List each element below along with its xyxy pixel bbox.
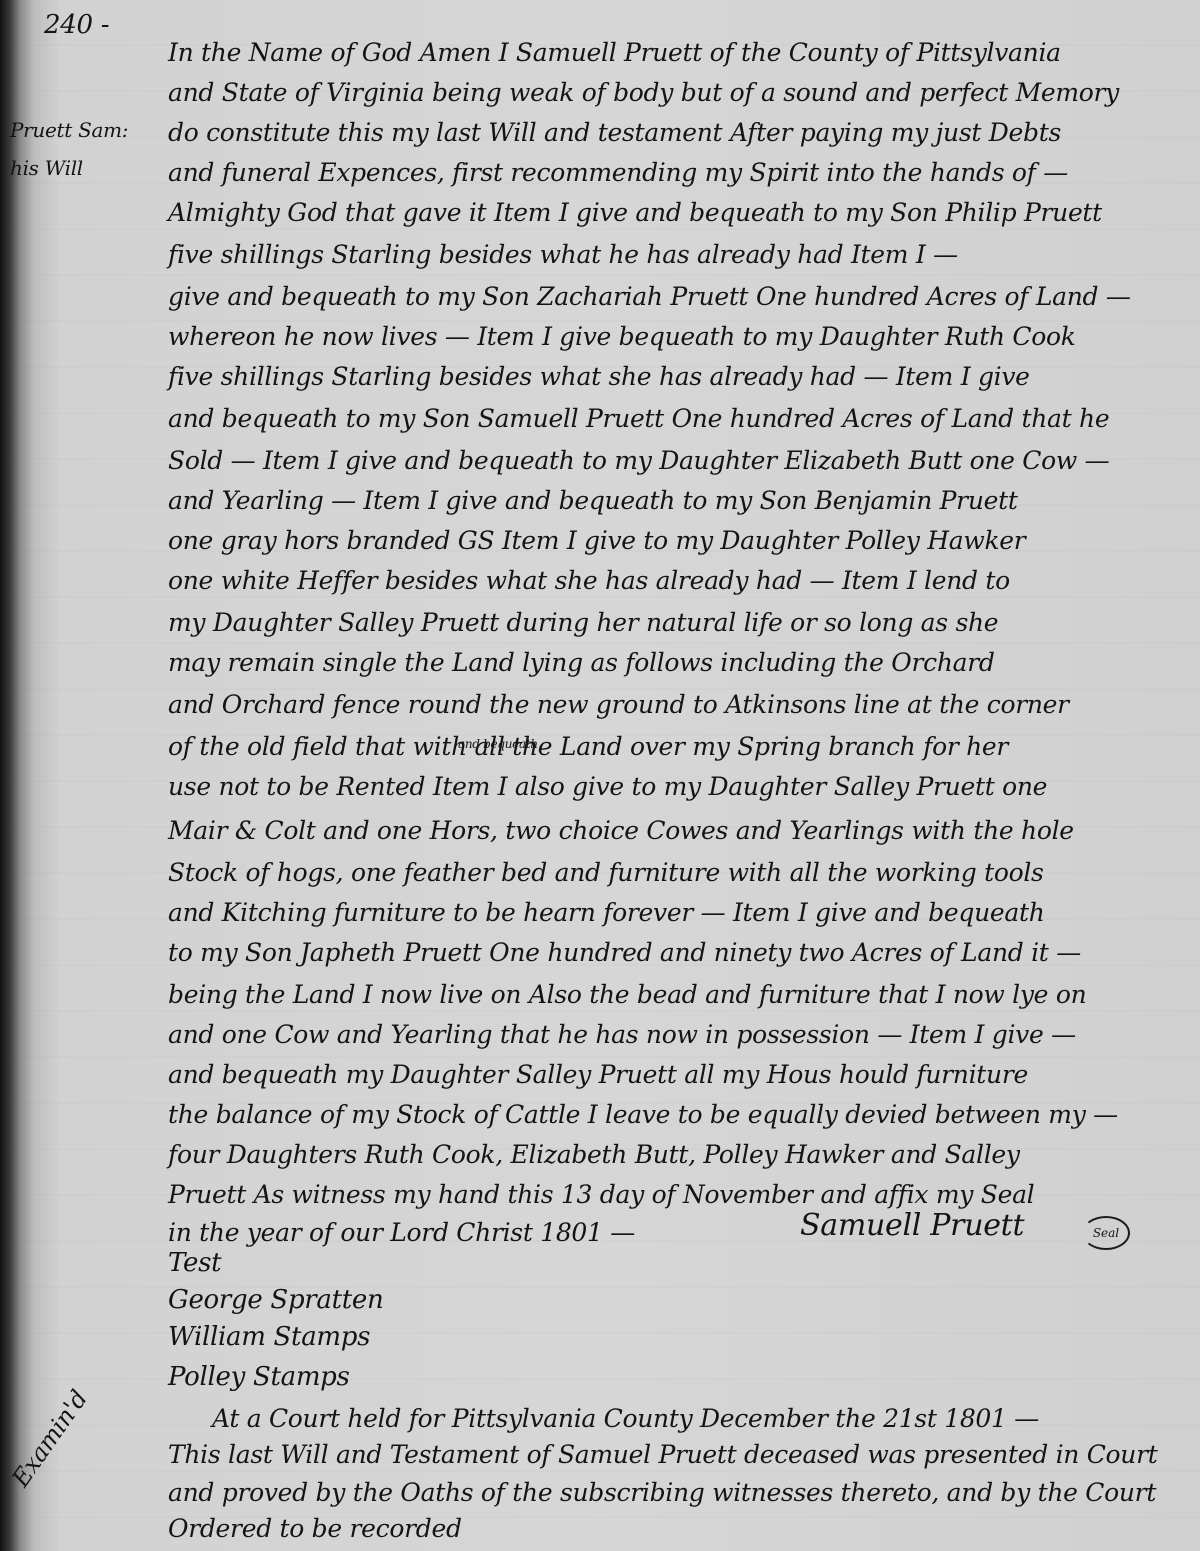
body-line: and funeral Expences, first recommending… — [168, 158, 1068, 187]
body-line: one white Heffer besides what she has al… — [168, 566, 1010, 595]
seal-mark: Seal — [1082, 1216, 1130, 1250]
interlineation: and bequeath — [458, 737, 538, 751]
body-line: my Daughter Salley Pruett during her nat… — [168, 608, 998, 637]
body-line: to my Son Japheth Pruett One hundred and… — [168, 938, 1081, 967]
document-page: 240 - Pruett Sam: his Will In the Name o… — [0, 0, 1200, 1551]
body-line: five shillings Starling besides what he … — [168, 240, 958, 269]
body-line: Stock of hogs, one feather bed and furni… — [168, 858, 1044, 887]
body-line: Almighty God that gave it Item I give an… — [168, 198, 1102, 227]
body-line: give and bequeath to my Son Zachariah Pr… — [168, 282, 1131, 311]
margin-note-will: his Will — [10, 156, 83, 180]
body-line: use not to be Rented Item I also give to… — [168, 772, 1047, 801]
body-line: one gray hors branded GS Item I give to … — [168, 526, 1025, 555]
body-line: may remain single the Land lying as foll… — [168, 648, 995, 677]
body-line: do constitute this my last Will and test… — [168, 118, 1061, 147]
body-line: and bequeath my Daughter Salley Pruett a… — [168, 1060, 1028, 1089]
body-line: and one Cow and Yearling that he has now… — [168, 1020, 1076, 1049]
body-line: and bequeath to my Son Samuell Pruett On… — [168, 404, 1109, 433]
court-line: Ordered to be recorded — [168, 1514, 462, 1543]
body-line: Sold — Item I give and bequeath to my Da… — [168, 446, 1109, 475]
body-line: whereon he now lives — Item I give beque… — [168, 322, 1076, 351]
test-label: Test — [168, 1248, 221, 1278]
court-line: and proved by the Oaths of the subscribi… — [168, 1478, 1156, 1507]
body-line: being the Land I now live on Also the be… — [168, 980, 1086, 1009]
body-line: and State of Virginia being weak of body… — [168, 78, 1119, 107]
body-line: In the Name of God Amen I Samuell Pruett… — [168, 38, 1061, 67]
body-line: in the year of our Lord Christ 1801 — — [168, 1218, 635, 1247]
witness-name: George Spratten — [168, 1285, 383, 1315]
witness-name: William Stamps — [168, 1322, 370, 1352]
body-line: five shillings Starling besides what she… — [168, 362, 1030, 391]
body-line: and Yearling — Item I give and bequeath … — [168, 486, 1018, 515]
body-line: the balance of my Stock of Cattle I leav… — [168, 1100, 1118, 1129]
witness-name: Polley Stamps — [168, 1362, 350, 1392]
body-line: and Orchard fence round the new ground t… — [168, 690, 1069, 719]
court-line: This last Will and Testament of Samuel P… — [168, 1440, 1158, 1469]
court-line: At a Court held for Pittsylvania County … — [212, 1404, 1039, 1433]
body-line: Pruett As witness my hand this 13 day of… — [168, 1180, 1034, 1209]
body-line: four Daughters Ruth Cook, Elizabeth Butt… — [168, 1140, 1020, 1169]
margin-note-name: Pruett Sam: — [10, 118, 128, 142]
page-number: 240 - — [44, 10, 109, 40]
margin-note-examined: Examin'd — [7, 1385, 94, 1492]
testator-signature: Samuell Pruett — [800, 1208, 1024, 1243]
body-line: of the old field that with all the Land … — [168, 732, 1008, 761]
body-line: and Kitching furniture to be hearn forev… — [168, 898, 1045, 927]
body-line: Mair & Colt and one Hors, two choice Cow… — [168, 816, 1074, 845]
